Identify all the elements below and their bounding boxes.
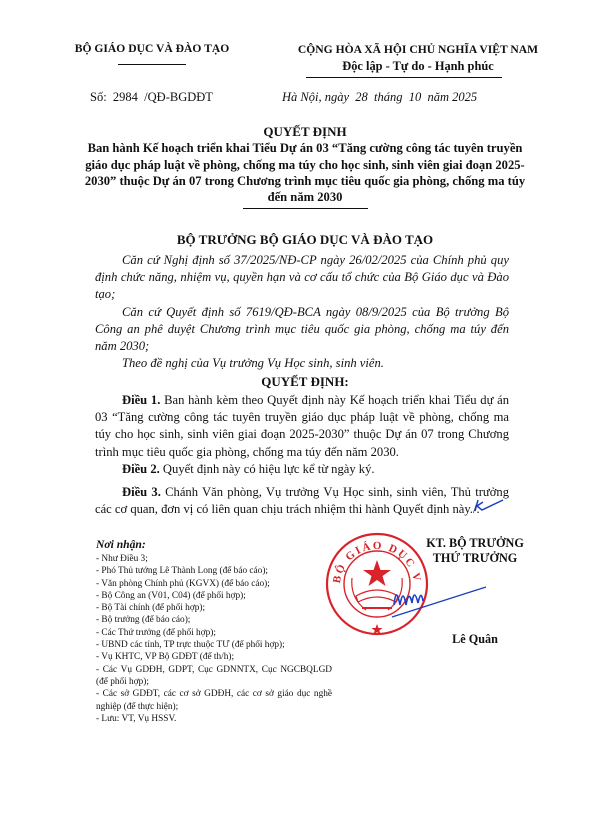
nation-name: CỘNG HÒA XÃ HỘI CHỦ NGHĨA VIỆT NAM bbox=[258, 42, 578, 58]
title-underline bbox=[243, 208, 368, 209]
article-2-label: Điều 2. bbox=[122, 462, 160, 476]
signer-title: KT. BỘ TRƯỞNG THỨ TRƯỞNG bbox=[395, 536, 555, 566]
agency-underline bbox=[118, 64, 186, 65]
preamble-3: Theo đề nghị của Vụ trưởng Vụ Học sinh, … bbox=[95, 355, 509, 372]
national-header: CỘNG HÒA XÃ HỘI CHỦ NGHĨA VIỆT NAM Độc l… bbox=[258, 42, 578, 74]
article-2-text: Quyết định này có hiệu lực kể từ ngày ký… bbox=[160, 462, 375, 476]
recipient-item: - Các Thứ trưởng (để phối hợp); bbox=[96, 627, 332, 639]
preamble-1: Căn cứ Nghị định số 37/2025/NĐ-CP ngày 2… bbox=[95, 252, 509, 304]
issuing-agency: BỘ GIÁO DỤC VÀ ĐÀO TẠO bbox=[62, 42, 242, 55]
recipient-item: - Như Điều 3; bbox=[96, 553, 332, 565]
recipient-item: - Bộ Tài chính (để phối hợp); bbox=[96, 602, 332, 614]
article-1-label: Điều 1. bbox=[122, 393, 160, 407]
recipients-list: - Như Điều 3; - Phó Thủ tướng Lê Thành L… bbox=[96, 553, 332, 725]
national-motto: Độc lập - Tự do - Hạnh phúc bbox=[258, 58, 578, 74]
signer-name: Lê Quân bbox=[395, 632, 555, 647]
recipient-item: - Bộ Công an (V01, C04) (để phối hợp); bbox=[96, 590, 332, 602]
place-date: Hà Nội, ngày 28 tháng 10 năm 2025 bbox=[282, 90, 477, 105]
document-number: Số: 2984 /QĐ-BGDĐT bbox=[90, 90, 213, 105]
recipients-title: Nơi nhận: bbox=[96, 538, 146, 551]
decision-heading: QUYẾT ĐỊNH: bbox=[80, 374, 530, 390]
preamble-2: Căn cứ Quyết định số 7619/QĐ-BCA ngày 08… bbox=[95, 304, 509, 356]
motto-underline bbox=[306, 77, 502, 78]
document-title: QUYẾT ĐỊNH Ban hành Kế hoạch triển khai … bbox=[80, 124, 530, 205]
title-heading: QUYẾT ĐỊNH bbox=[80, 124, 530, 140]
handwritten-signature-icon bbox=[390, 575, 490, 626]
article-2: Điều 2. Quyết định này có hiệu lực kể từ… bbox=[95, 461, 509, 478]
recipient-item: - Bộ trưởng (để báo cáo); bbox=[96, 614, 332, 626]
title-subject: Ban hành Kế hoạch triển khai Tiểu Dự án … bbox=[80, 140, 530, 205]
article-3-label: Điều 3. bbox=[122, 485, 161, 499]
recipient-item: - Các Vụ GDĐH, GDPT, Cục GDNNTX, Cục NGC… bbox=[96, 664, 332, 689]
signer-line-1: KT. BỘ TRƯỞNG bbox=[395, 536, 555, 551]
initial-mark-icon bbox=[472, 497, 506, 518]
recipient-item: - Văn phòng Chính phủ (KGVX) (để báo cáo… bbox=[96, 578, 332, 590]
recipient-item: - Vụ KHTC, VP Bộ GDĐT (để th/h); bbox=[96, 651, 332, 663]
recipient-item: - Các sở GDĐT, các cơ sở GDĐH, các cơ sở… bbox=[96, 688, 332, 713]
authority-heading: BỘ TRƯỞNG BỘ GIÁO DỤC VÀ ĐÀO TẠO bbox=[80, 232, 530, 248]
article-1: Điều 1. Ban hành kèm theo Quyết định này… bbox=[95, 392, 509, 461]
article-3: Điều 3. Chánh Văn phòng, Vụ trưởng Vụ Họ… bbox=[95, 484, 509, 518]
recipient-item: - UBND các tỉnh, TP trực thuộc TƯ (để ph… bbox=[96, 639, 332, 651]
signer-line-2: THỨ TRƯỞNG bbox=[395, 551, 555, 566]
recipient-item: - Phó Thủ tướng Lê Thành Long (để báo cá… bbox=[96, 565, 332, 577]
recipient-item: - Lưu: VT, Vụ HSSV. bbox=[96, 713, 332, 725]
